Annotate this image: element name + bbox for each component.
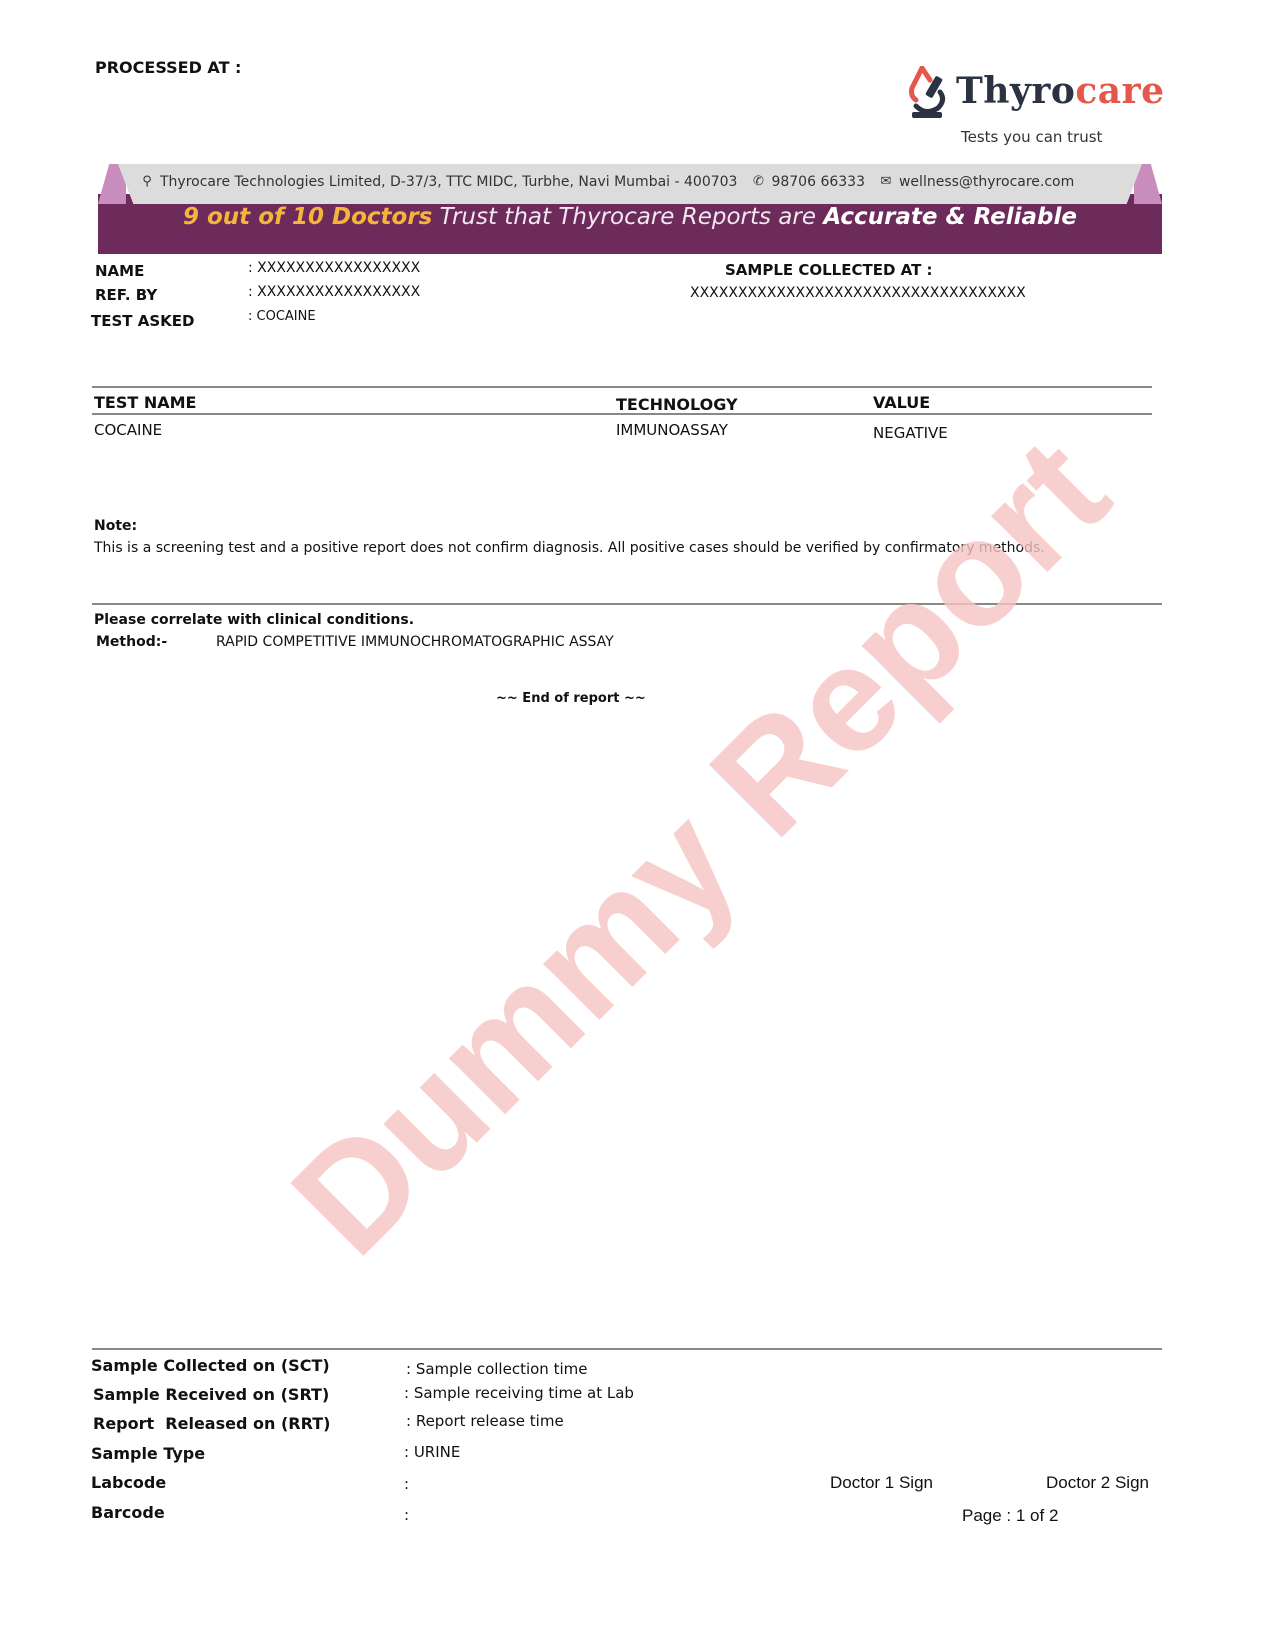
slogan-highlight: 9 out of 10 Doctors bbox=[183, 204, 432, 230]
notes-rule bbox=[92, 603, 1162, 605]
doctor-2-sign: Doctor 2 Sign bbox=[1046, 1473, 1149, 1493]
sct-label: Sample Collected on (SCT) bbox=[91, 1356, 330, 1375]
barcode-value: : bbox=[404, 1506, 409, 1524]
col-header-value: VALUE bbox=[873, 393, 930, 412]
footer-rule bbox=[92, 1348, 1162, 1350]
sct-value-text: Sample collection time bbox=[416, 1360, 588, 1378]
sample-type-label: Sample Type bbox=[91, 1444, 205, 1463]
rrt-label: Report Released on (RRT) bbox=[93, 1414, 330, 1433]
contact-info: ⚲ Thyrocare Technologies Limited, D-37/3… bbox=[140, 174, 1074, 190]
rrt-value-text: Report release time bbox=[416, 1412, 564, 1430]
method-value: RAPID COMPETITIVE IMMUNOCHROMATOGRAPHIC … bbox=[216, 634, 614, 650]
sample-collected-at-label: SAMPLE COLLECTED AT : bbox=[725, 261, 933, 279]
brand-name-part1: Thyro bbox=[956, 70, 1075, 112]
result-technology: IMMUNOASSAY bbox=[616, 421, 728, 439]
end-of-report: ~~ End of report ~~ bbox=[496, 691, 646, 706]
sct-value: : Sample collection time bbox=[406, 1360, 587, 1378]
result-value: NEGATIVE bbox=[873, 424, 948, 442]
brand-tagline: Tests you can trust bbox=[961, 128, 1102, 146]
test-asked-label: TEST ASKED bbox=[91, 312, 194, 330]
labcode-label: Labcode bbox=[91, 1473, 166, 1492]
srt-value-text: Sample receiving time at Lab bbox=[414, 1384, 634, 1402]
mail-icon: ✉ bbox=[879, 175, 893, 189]
thyrocare-logo: Thyrocare Tests you can trust bbox=[908, 62, 1158, 152]
srt-value: : Sample receiving time at Lab bbox=[404, 1384, 634, 1402]
result-test-name: COCAINE bbox=[94, 421, 162, 439]
dummy-report-watermark: Dummy Report bbox=[250, 396, 1150, 1296]
rrt-value: : Report release time bbox=[406, 1412, 564, 1430]
slogan-emphasis: Accurate & Reliable bbox=[823, 204, 1077, 230]
table-header-rule bbox=[92, 413, 1152, 415]
doctor-1-sign: Doctor 1 Sign bbox=[830, 1473, 933, 1493]
slogan: 9 out of 10 Doctors Trust that Thyrocare… bbox=[98, 204, 1162, 230]
sample-collected-at-value: XXXXXXXXXXXXXXXXXXXXXXXXXXXXXXXXXXX bbox=[690, 285, 1026, 301]
processed-at-label: PROCESSED AT : bbox=[95, 58, 241, 77]
barcode-label: Barcode bbox=[91, 1503, 165, 1522]
note-text: This is a screening test and a positive … bbox=[94, 538, 1084, 559]
phone-text: 98706 66333 bbox=[771, 174, 865, 190]
col-header-test-name: TEST NAME bbox=[94, 393, 196, 412]
page-number: Page : 1 of 2 bbox=[962, 1506, 1058, 1526]
col-header-technology: TECHNOLOGY bbox=[616, 395, 738, 414]
sample-type-value: : URINE bbox=[404, 1443, 460, 1461]
whatsapp-phone-icon: ✆ bbox=[751, 175, 765, 189]
slogan-middle: Trust that Thyrocare Reports are bbox=[432, 204, 823, 230]
srt-label: Sample Received on (SRT) bbox=[93, 1385, 329, 1404]
correlate-text: Please correlate with clinical condition… bbox=[94, 612, 414, 628]
labcode-value: : bbox=[404, 1475, 409, 1493]
microscope-drop-icon bbox=[908, 66, 950, 122]
name-label: NAME bbox=[95, 262, 144, 280]
address-text: Thyrocare Technologies Limited, D-37/3, … bbox=[160, 174, 737, 190]
location-pin-icon: ⚲ bbox=[140, 175, 154, 189]
table-top-rule bbox=[92, 386, 1152, 388]
note-label: Note: bbox=[94, 518, 137, 534]
ref-by-value: : XXXXXXXXXXXXXXXXX bbox=[248, 284, 420, 300]
email-text: wellness@thyrocare.com bbox=[899, 174, 1074, 190]
method-label: Method:- bbox=[96, 634, 167, 650]
name-value: : XXXXXXXXXXXXXXXXX bbox=[248, 260, 420, 276]
sample-type-value-text: URINE bbox=[414, 1443, 461, 1461]
contact-banner: ⚲ Thyrocare Technologies Limited, D-37/3… bbox=[98, 164, 1162, 254]
test-asked-value: : COCAINE bbox=[248, 309, 316, 324]
ref-by-label: REF. BY bbox=[95, 286, 157, 304]
brand-name-part2: care bbox=[1075, 70, 1164, 112]
